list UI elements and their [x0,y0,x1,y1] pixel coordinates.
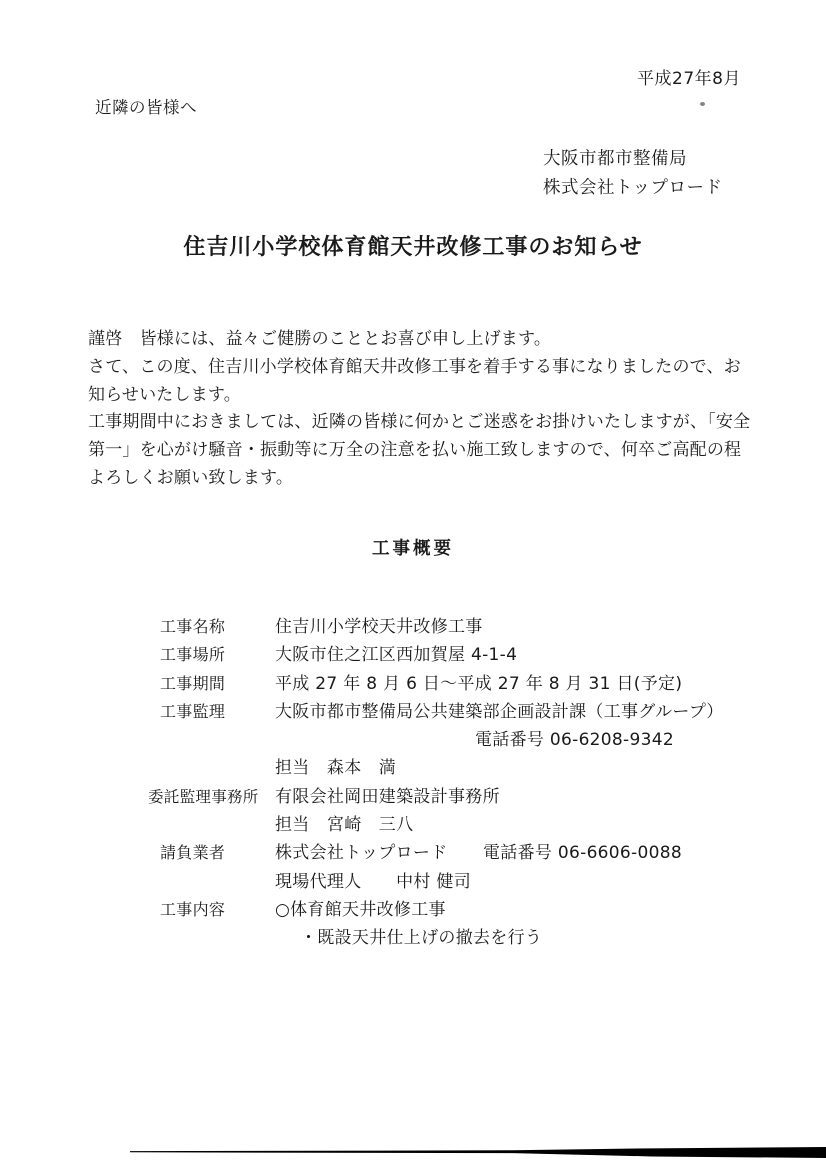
detail-value: 住吉川小学校天井改修工事 [275,613,483,641]
detail-value: 平成 27 年 8 月 6 日～平成 27 年 8 月 31 日(予定) [275,670,682,698]
body-line: 謹啓 皆様には、益々ご健勝のこととお喜び申し上げます。 [88,326,760,354]
detail-row: 工事監理 大阪市都市整備局公共建築部企画設計課（工事グループ） [148,698,724,726]
supervisor-contact: 担当 森本 満 [275,754,396,782]
detail-row: 請負業者 株式会社トップロード 電話番号 06-6606-0088 [148,839,724,867]
sender-org: 大阪市都市整備局 [543,145,722,174]
detail-label: 工事名称 [148,613,275,641]
contractor-phone: 電話番号 06-6606-0088 [483,839,682,867]
detail-row: 工事名称 住吉川小学校天井改修工事 [148,613,724,641]
document-date: 平成27年8月 [637,64,741,89]
detail-label: 工事監理 [148,698,275,726]
detail-label: 工事内容 [148,896,275,924]
addressee: 近隣の皆様へ [95,94,197,118]
detail-label: 工事期間 [148,670,275,698]
detail-value: 大阪市都市整備局公共建築部企画設計課（工事グループ） [275,698,724,726]
body-line: 知らせいたします。 [88,382,760,410]
contractor-name: 株式会社トップロード [275,839,483,867]
body-text: 謹啓 皆様には、益々ご健勝のこととお喜び申し上げます。 さて、この度、住吉川小学… [88,326,760,493]
detail-label: 請負業者 [148,839,275,867]
detail-row: 担当 宮崎 三八 [148,811,724,839]
detail-row: 工事場所 大阪市住之江区西加賀屋 4-1-4 [148,641,724,669]
body-line: さて、この度、住吉川小学校体育館天井改修工事を着手する事になりましたので、お [88,354,760,382]
document-page: 平成27年8月 近隣の皆様へ 大阪市都市整備局 株式会社トップロード 住吉川小学… [0,0,826,1169]
supervisor-phone: 電話番号 06-6208-9342 [475,726,674,754]
detail-row: ・既設天井仕上げの撤去を行う [148,924,724,952]
detail-row: 委託監理事務所 有限会社岡田建築設計事務所 [148,783,724,811]
section-heading: 工事概要 [0,535,826,560]
document-title: 住吉川小学校体育館天井改修工事のお知らせ [0,230,826,261]
detail-value: 大阪市住之江区西加賀屋 4-1-4 [275,641,517,669]
sender-block: 大阪市都市整備局 株式会社トップロード [543,145,722,203]
detail-label: 工事場所 [148,641,275,669]
detail-row: 現場代理人 中村 健司 [148,868,724,896]
body-line: よろしくお願い致します。 [88,465,760,493]
work-content: ○体育館天井改修工事 [275,896,446,924]
detail-value: 有限会社岡田建築設計事務所 [275,783,500,811]
body-line: 工事期間中におきましては、近隣の皆様に何かとご迷惑をお掛けいたしますが、「安全 [88,409,760,437]
details-list: 工事名称 住吉川小学校天井改修工事 工事場所 大阪市住之江区西加賀屋 4-1-4… [148,613,724,953]
office-contact: 担当 宮崎 三八 [275,811,413,839]
work-content-detail: ・既設天井仕上げの撤去を行う [300,924,542,952]
detail-row: 電話番号 06-6208-9342 [148,726,724,754]
scan-line-artifact [130,1147,826,1158]
detail-row: 担当 森本 満 [148,754,724,782]
detail-row: 工事期間 平成 27 年 8 月 6 日～平成 27 年 8 月 31 日(予定… [148,670,724,698]
detail-label: 委託監理事務所 [148,783,275,811]
site-agent: 現場代理人 中村 健司 [275,868,471,896]
detail-row: 工事内容 ○体育館天井改修工事 [148,896,724,924]
body-line: 第一」を心がけ騒音・振動等に万全の注意を払い施工致しますので、何卒ご高配の程 [88,437,760,465]
sender-company: 株式会社トップロード [543,174,722,203]
scan-dot-artifact [700,102,705,106]
